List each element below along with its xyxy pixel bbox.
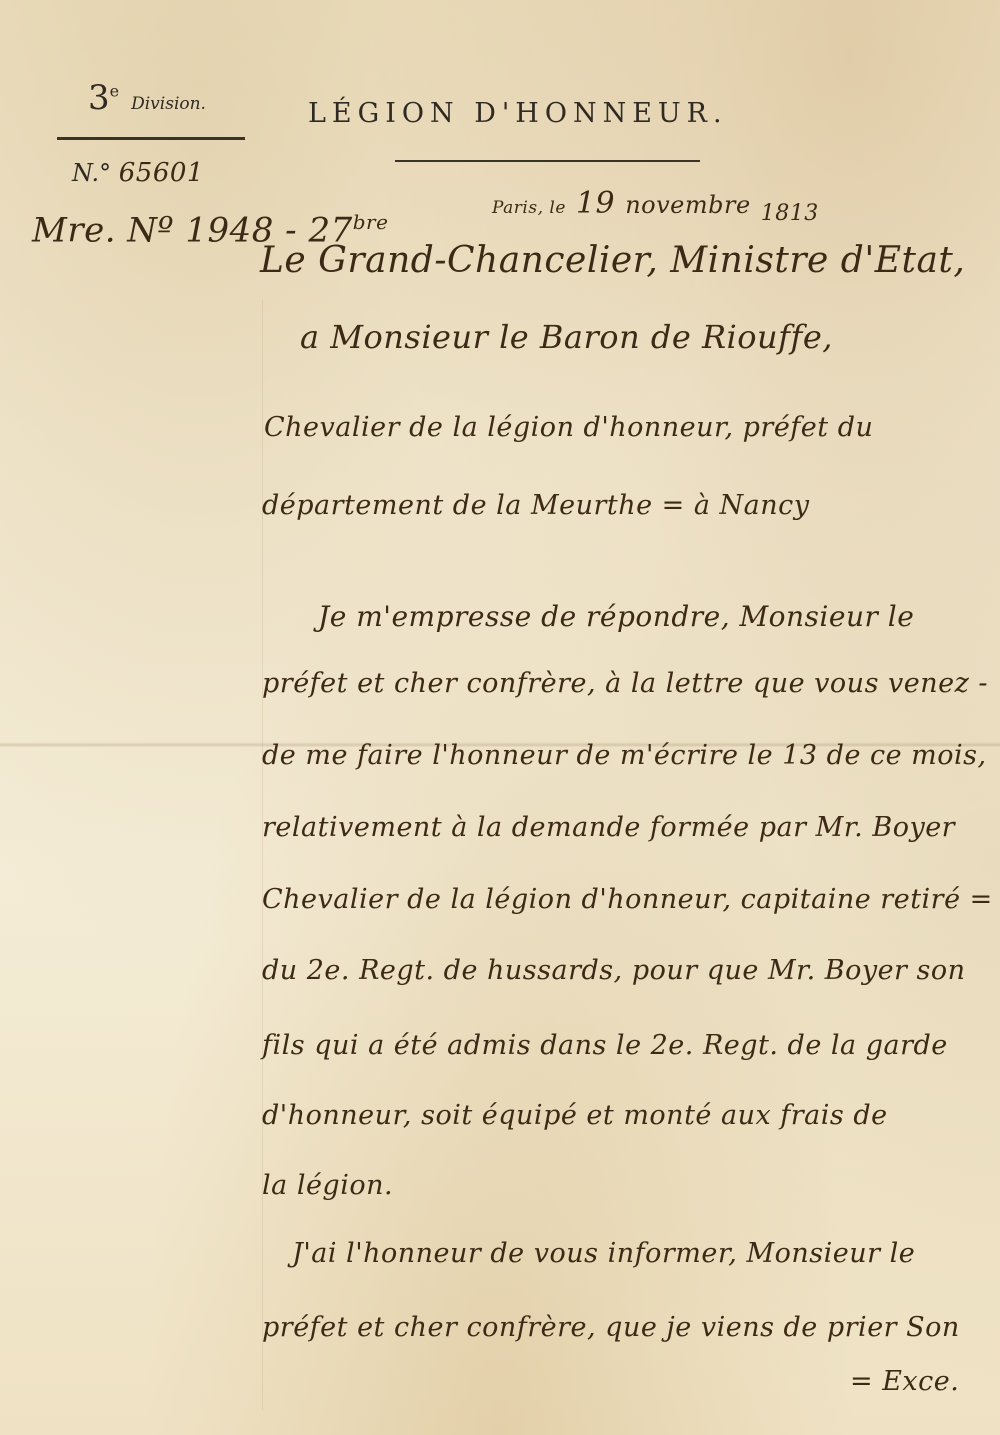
recipient-line-2: Chevalier de la légion d'honneur, préfet… [264, 412, 873, 443]
document-number: N.° 65601 [72, 158, 204, 188]
body-line-9: la légion. [262, 1170, 393, 1201]
body-line-11: préfet et cher confrère, que je viens de… [262, 1312, 960, 1343]
month: novembre [625, 191, 750, 219]
margin-line [262, 300, 263, 1410]
sender-line: Le Grand-Chancelier, Ministre d'Etat, [260, 240, 965, 281]
number-label: N.° [72, 159, 111, 187]
title-underline [395, 160, 700, 162]
number-value: 65601 [119, 158, 204, 188]
letterhead-title: LÉGION D'HONNEUR. [308, 98, 728, 129]
body-line-10: J'ai l'honneur de vous informer, Monsieu… [292, 1238, 915, 1269]
day: 19 [576, 186, 615, 221]
letter-page: 3eDivision. LÉGION D'HONNEUR. N.° 65601 … [0, 0, 1000, 1435]
body-line-3: de me faire l'honneur de m'écrire le 13 … [262, 740, 987, 771]
reference-superscript: bre [353, 210, 389, 234]
place-date: Paris, le 19 novembre 1813 [492, 186, 819, 226]
body-line-4: relativement à la demande formée par Mr.… [262, 812, 955, 843]
body-line-12: = Exce. [850, 1366, 959, 1397]
place: Paris, le [492, 198, 566, 218]
division-number: 3 [88, 78, 110, 118]
division-label: 3eDivision. [88, 78, 206, 118]
recipient-line-1: a Monsieur le Baron de Riouffe, [300, 318, 833, 356]
division-suffix: e [110, 82, 119, 101]
body-line-7: fils qui a été admis dans le 2e. Regt. d… [262, 1030, 948, 1061]
year: 1813 [761, 201, 819, 226]
body-line-2: préfet et cher confrère, à la lettre que… [262, 668, 988, 699]
body-line-6: du 2e. Regt. de hussards, pour que Mr. B… [262, 955, 966, 986]
body-line-1: Je m'empresse de répondre, Monsieur le [318, 600, 914, 633]
body-line-8: d'honneur, soit équipé et monté aux frai… [262, 1100, 888, 1131]
division-text: Division. [131, 94, 206, 114]
body-line-5: Chevalier de la légion d'honneur, capita… [262, 884, 993, 915]
division-underline [57, 137, 245, 140]
recipient-line-3: département de la Meurthe = à Nancy [262, 490, 810, 521]
